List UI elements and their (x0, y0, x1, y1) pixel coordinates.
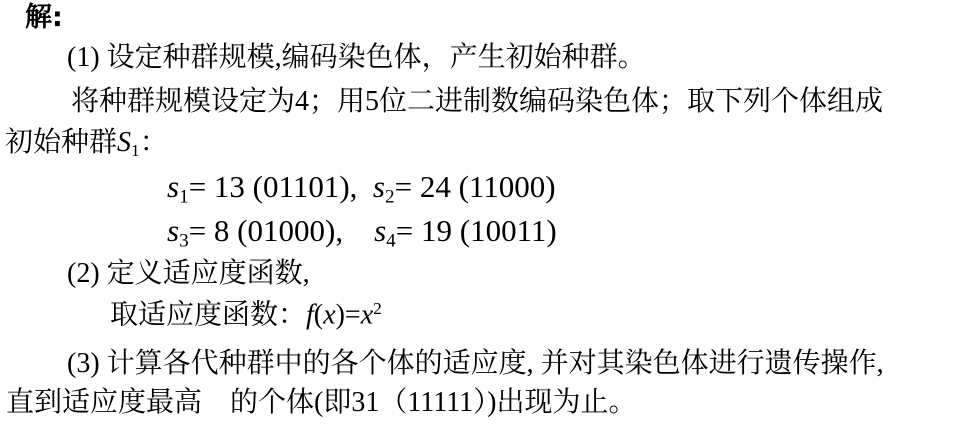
initial-population-label: 初始种群S1： (5, 129, 168, 159)
initial-population-prefix: 初始种群 (5, 127, 117, 158)
step-1-body: (1) 设定种群规模,编码染色体，产生初始种群。 (67, 42, 646, 73)
s1-value: = 13 (01101), (189, 169, 373, 204)
s1-symbol: s (167, 169, 179, 204)
individuals-row-2: s3= 8 (01000), s4= 19 (10011) (167, 215, 557, 251)
s3-value: = 8 (01000), (189, 213, 374, 248)
s1-subscript: 1 (179, 186, 189, 207)
solution-heading: 解: (25, 4, 63, 31)
step-2-body: (2) 定义适应度函数, (67, 258, 310, 289)
function-exponent: 2 (373, 299, 382, 318)
step-2-text: (2) 定义适应度函数, (67, 260, 310, 288)
population-setup-body: 将种群规模设定为4；用5位二进制数编码染色体；取下列个体组成 (71, 86, 883, 117)
step-1-text: (1) 设定种群规模,编码染色体，产生初始种群。 (67, 44, 646, 72)
s4-value: = 19 (10011) (396, 213, 557, 248)
initial-population-colon: ： (140, 127, 168, 158)
s3-symbol: s (167, 213, 179, 248)
function-f-symbol: f (306, 300, 314, 331)
fitness-function-text: 取适应度函数：f(x)=x2 (110, 300, 382, 330)
s2-symbol: s (373, 169, 385, 204)
s2-value: = 24 (11000) (395, 169, 556, 204)
population-symbol-subscript: 1 (131, 141, 140, 160)
termination-condition-body: 直到适应度最高 的个体(即31（11111）)出现为止。 (6, 387, 637, 418)
population-setup-text: 将种群规模设定为4；用5位二进制数编码染色体；取下列个体组成 (71, 88, 883, 116)
function-equals: )= (336, 300, 361, 331)
function-x-argument: x (323, 300, 335, 331)
solution-heading-text: 解: (25, 2, 63, 33)
population-symbol: S (117, 127, 131, 158)
fitness-function-label: 取适应度函数： (110, 300, 306, 331)
function-x-base: x (361, 300, 373, 331)
s2-subscript: 2 (385, 186, 395, 207)
document-page: 解: (1) 设定种群规模,编码染色体，产生初始种群。 将种群规模设定为4；用5… (0, 0, 970, 426)
individuals-row-1: s1= 13 (01101), s2= 24 (11000) (167, 171, 556, 207)
step-3-body: (3) 计算各代种群中的各个体的适应度, 并对其染色体进行遗传操作, (67, 348, 884, 379)
s3-subscript: 3 (179, 230, 189, 251)
termination-condition-text: 直到适应度最高 的个体(即31（11111）)出现为止。 (6, 389, 637, 417)
s4-subscript: 4 (386, 230, 396, 251)
function-open-paren: ( (314, 300, 323, 331)
s4-symbol: s (374, 213, 386, 248)
step-3-text: (3) 计算各代种群中的各个体的适应度, 并对其染色体进行遗传操作, (67, 350, 884, 378)
